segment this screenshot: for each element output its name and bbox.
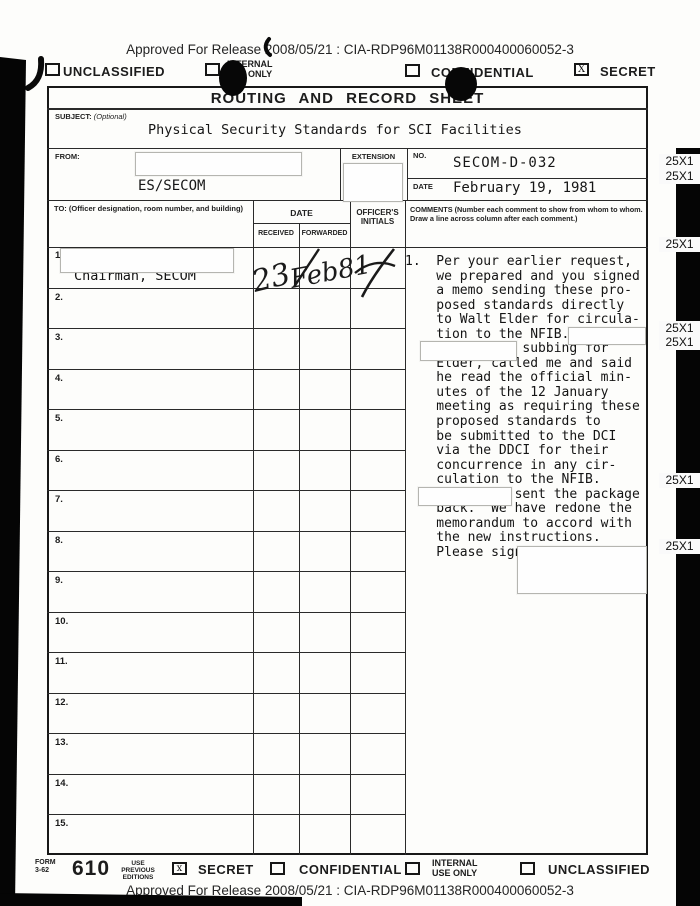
scan-edge-right [676,148,700,906]
scan-edge-bottom [0,893,302,906]
scanned-routing-record-sheet: Approved For Release 2008/05/21 : CIA-RD… [0,0,700,906]
margin-note-25x1: 25X1 [659,335,700,350]
margin-note-25x1: 25X1 [659,237,700,252]
scan-edges-layer [0,0,700,906]
margin-note-25x1: 25X1 [659,154,700,169]
scan-edge-left [0,57,26,906]
margin-note-25x1: 25X1 [659,473,700,488]
margin-note-25x1: 25X1 [659,169,700,184]
margin-note-25x1: 25X1 [659,321,700,336]
margin-note-25x1: 25X1 [659,539,700,554]
